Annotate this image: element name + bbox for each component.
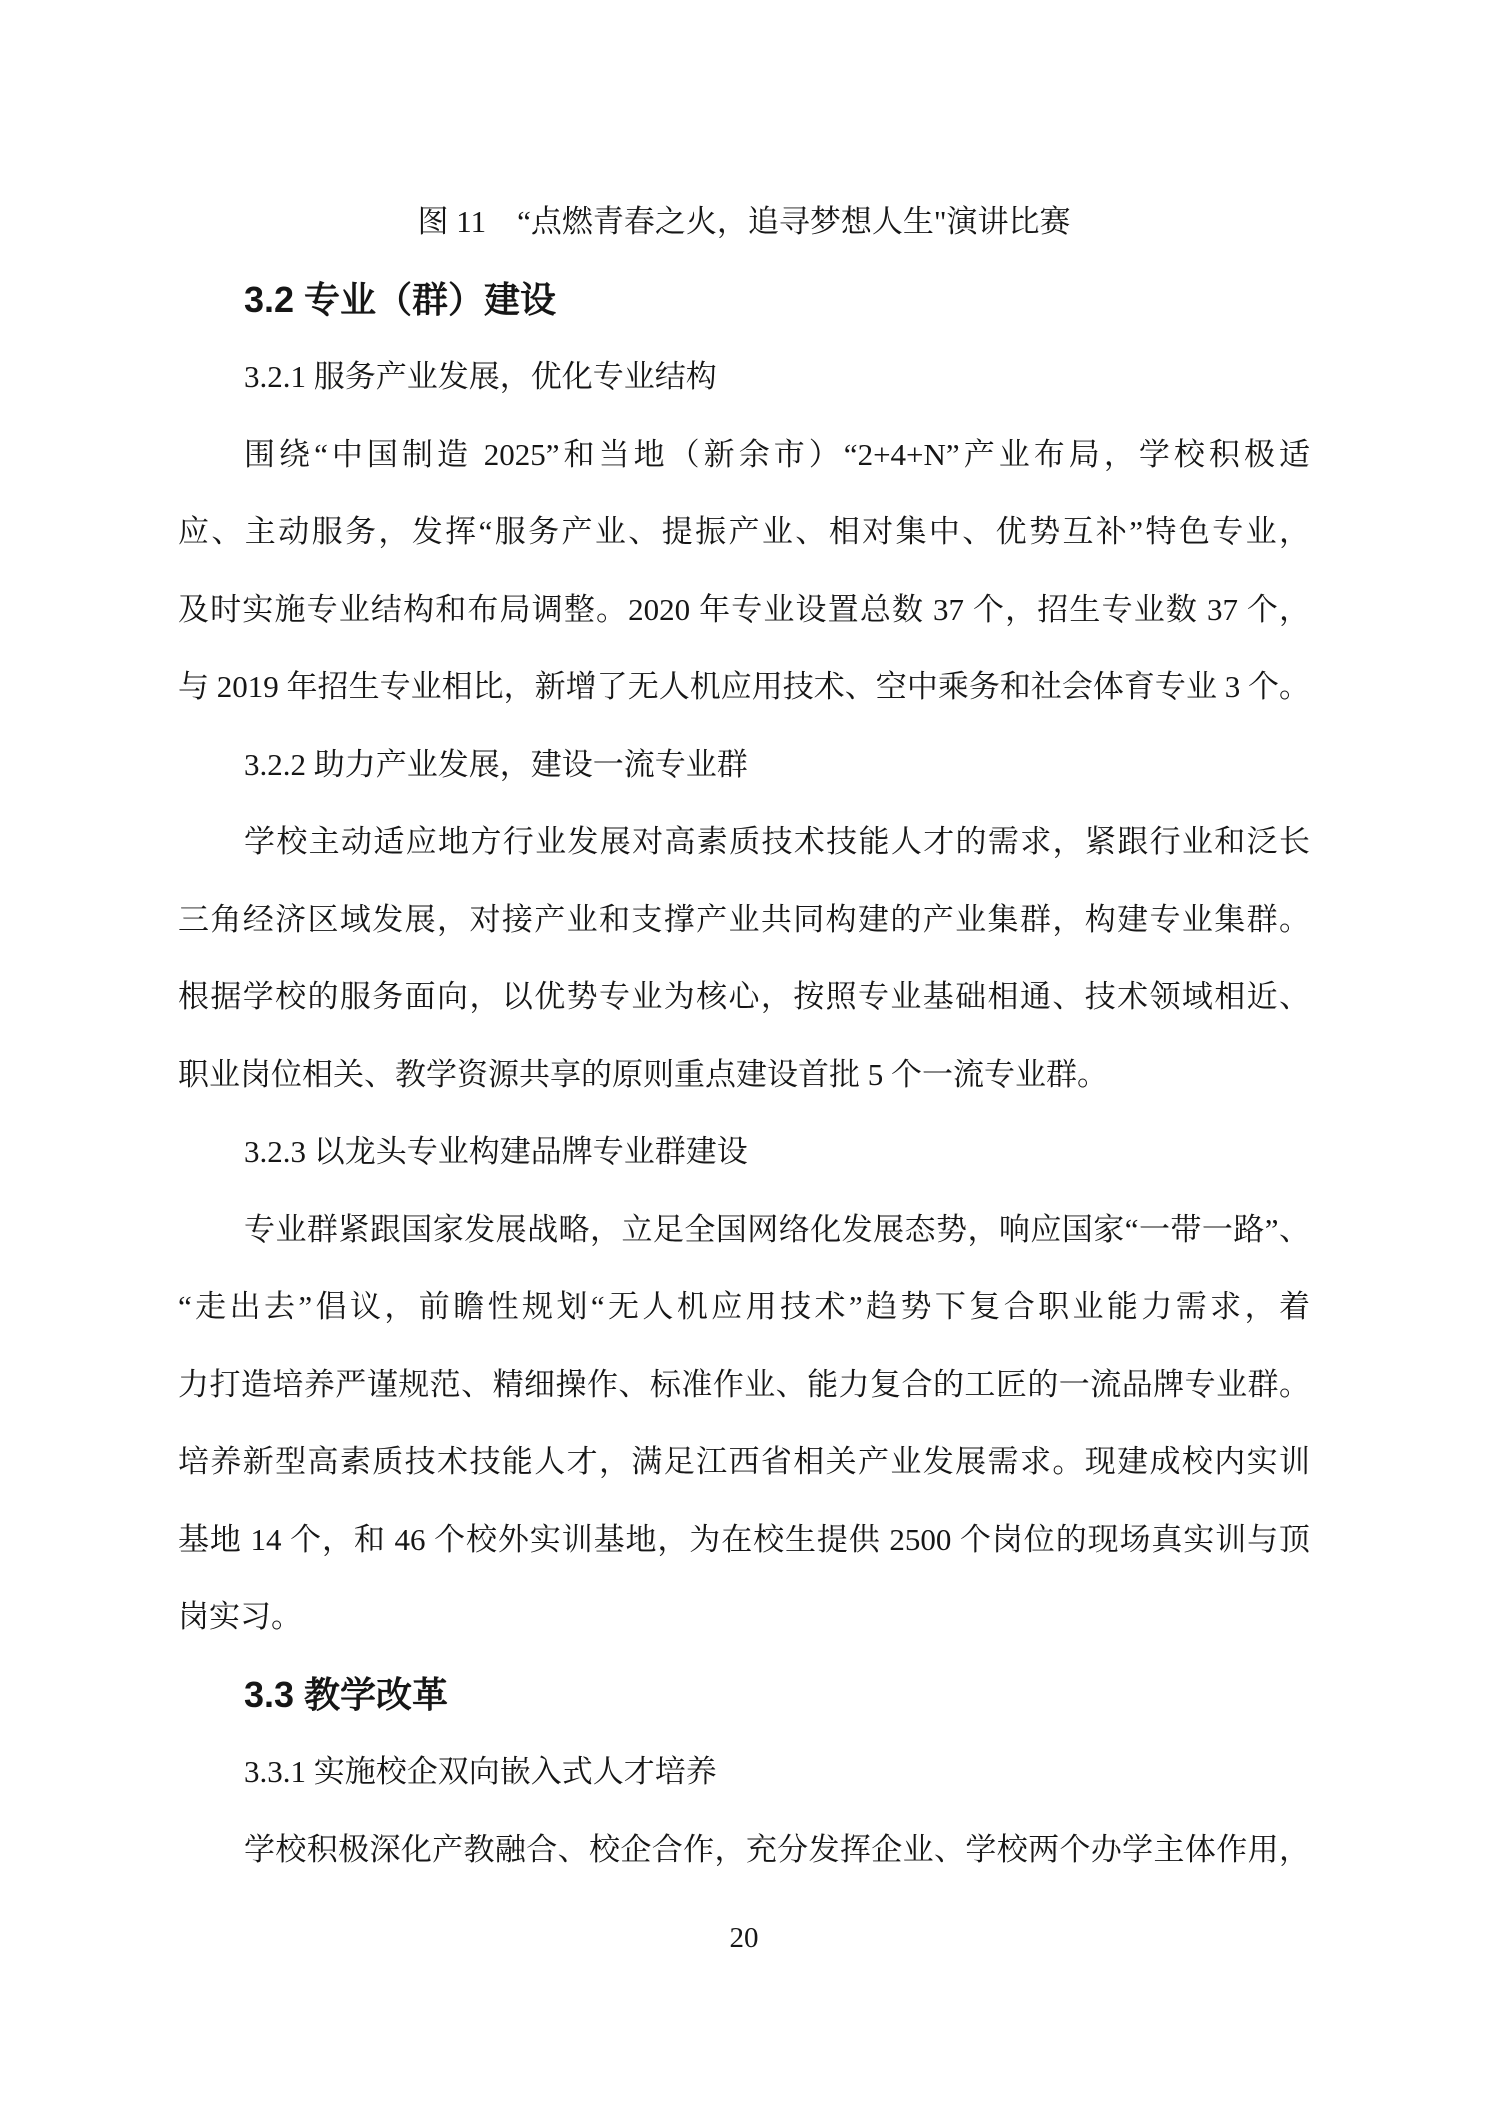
paragraph-line: 培养新型高素质技术技能人才，满足江西省相关产业发展需求。现建成校内实训 — [178, 1423, 1310, 1501]
section-heading: 3.2 专业（群）建设 — [178, 261, 1310, 339]
section-heading: 3.3 教学改革 — [178, 1656, 1310, 1734]
section-heading: 3.2.2 助力产业发展，建设一流专业群 — [178, 726, 1310, 804]
paragraph-line: 职业岗位相关、教学资源共享的原则重点建设首批 5 个一流专业群。 — [178, 1036, 1310, 1114]
paragraph-line: 及时实施专业结构和布局调整。2020 年专业设置总数 37 个，招生专业数 37… — [178, 571, 1310, 649]
paragraph-line: 岗实习。 — [178, 1578, 1310, 1656]
section-heading: 3.2.1 服务产业发展，优化专业结构 — [178, 338, 1310, 416]
paragraph-line: 围绕“中国制造 2025”和当地（新余市）“2+4+N”产业布局，学校积极适 — [178, 416, 1310, 494]
paragraph-line: 专业群紧跟国家发展战略，立足全国网络化发展态势，响应国家“一带一路”、 — [178, 1191, 1310, 1269]
paragraph-line: “走出去”倡议，前瞻性规划“无人机应用技术”趋势下复合职业能力需求，着 — [178, 1268, 1310, 1346]
document-page: 图 11 “点燃青春之火，追寻梦想人生"演讲比赛3.2 专业（群）建设3.2.1… — [0, 0, 1488, 2105]
paragraph-line: 与 2019 年招生专业相比，新增了无人机应用技术、空中乘务和社会体育专业 3 … — [178, 648, 1310, 726]
figure-caption: 图 11 “点燃青春之火，追寻梦想人生"演讲比赛 — [178, 183, 1310, 261]
section-heading: 3.2.3 以龙头专业构建品牌专业群建设 — [178, 1113, 1310, 1191]
document-body: 图 11 “点燃青春之火，追寻梦想人生"演讲比赛3.2 专业（群）建设3.2.1… — [178, 183, 1310, 1888]
page-number: 20 — [0, 1916, 1488, 1960]
paragraph-line: 应、主动服务，发挥“服务产业、提振产业、相对集中、优势互补”特色专业， — [178, 493, 1310, 571]
paragraph-line: 学校积极深化产教融合、校企合作，充分发挥企业、学校两个办学主体作用， — [178, 1811, 1310, 1889]
paragraph-line: 力打造培养严谨规范、精细操作、标准作业、能力复合的工匠的一流品牌专业群。 — [178, 1346, 1310, 1424]
paragraph-line: 基地 14 个，和 46 个校外实训基地，为在校生提供 2500 个岗位的现场真… — [178, 1501, 1310, 1579]
section-heading: 3.3.1 实施校企双向嵌入式人才培养 — [178, 1733, 1310, 1811]
paragraph-line: 三角经济区域发展，对接产业和支撑产业共同构建的产业集群，构建专业集群。 — [178, 881, 1310, 959]
paragraph-line: 根据学校的服务面向，以优势专业为核心，按照专业基础相通、技术领域相近、 — [178, 958, 1310, 1036]
paragraph-line: 学校主动适应地方行业发展对高素质技术技能人才的需求，紧跟行业和泛长 — [178, 803, 1310, 881]
